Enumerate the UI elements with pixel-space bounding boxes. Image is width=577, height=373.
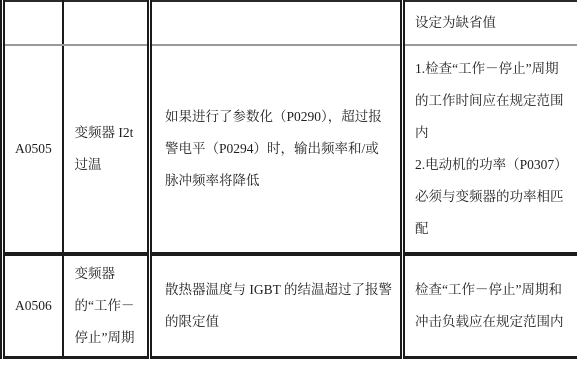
fault-code: A0505 — [3, 45, 63, 254]
remedy-item: 设定为缺省值 — [415, 7, 571, 39]
fault-code-table: 设定为缺省值 A0505 变频器 I2t 过温 如果进行了参数化（P0290），… — [0, 0, 577, 359]
table-row: A0505 变频器 I2t 过温 如果进行了参数化（P0290），超过报警电平（… — [3, 45, 577, 254]
fault-name: 变频器 I2t 过温 — [63, 45, 150, 254]
remedy-item: 1.检查“工作－停止”周期的工作时间应在规定范围内 — [415, 53, 571, 149]
fault-remedy: 设定为缺省值 — [403, 1, 577, 45]
fault-code — [3, 1, 63, 45]
fault-remedy: 检查“工作－停止”周期和冲击负载应在规定范围内 — [403, 254, 577, 357]
fault-description: 如果进行了参数化（P0290），超过报警电平（P0294）时，输出频率和/或脉冲… — [150, 45, 403, 254]
fault-description — [150, 1, 403, 45]
fault-name — [63, 1, 150, 45]
remedy-item: 检查“工作－停止”周期和冲击负载应在规定范围内 — [415, 274, 571, 338]
remedy-item: 2.电动机的功率（P0307）必须与变频器的功率相匹配 — [415, 149, 571, 245]
fault-remedy: 1.检查“工作－停止”周期的工作时间应在规定范围内 2.电动机的功率（P0307… — [403, 45, 577, 254]
fault-description: 散热器温度与 IGBT 的结温超过了报警的限定值 — [150, 254, 403, 357]
table-row: 设定为缺省值 — [3, 1, 577, 45]
fault-name: 变频器的“工作－停止”周期 — [63, 254, 150, 357]
table-row: A0506 变频器的“工作－停止”周期 散热器温度与 IGBT 的结温超过了报警… — [3, 254, 577, 357]
fault-code: A0506 — [3, 254, 63, 357]
